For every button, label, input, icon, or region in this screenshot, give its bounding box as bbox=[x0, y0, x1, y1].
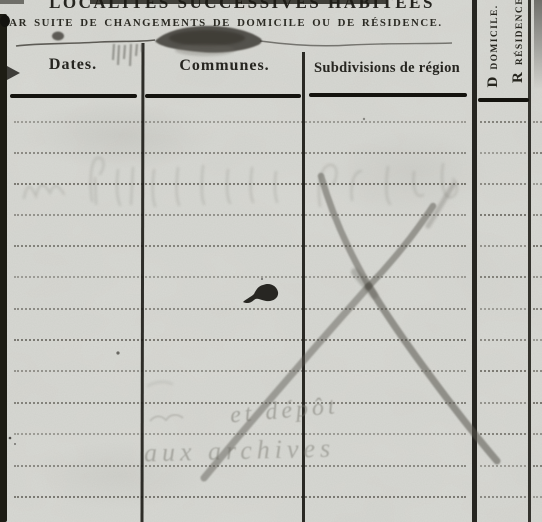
dotted-row-line bbox=[533, 465, 542, 467]
dotted-row-line bbox=[480, 152, 526, 154]
column-divider-subdivisions-legend bbox=[472, 0, 477, 522]
dotted-row-line bbox=[533, 433, 542, 435]
dotted-row-line bbox=[533, 245, 542, 247]
dotted-row-line bbox=[533, 402, 542, 404]
dotted-row-line bbox=[14, 245, 466, 247]
dotted-row-line bbox=[14, 121, 466, 123]
header-rule-subdivisions bbox=[309, 93, 467, 97]
scan-top-edge bbox=[90, 0, 386, 4]
dotted-row-line bbox=[14, 308, 466, 310]
dotted-row-line bbox=[533, 214, 542, 216]
dotted-row-line bbox=[480, 308, 526, 310]
paper-stain bbox=[330, 130, 490, 220]
dotted-row-line bbox=[480, 433, 526, 435]
column-header-subdivisions: Subdivisions de région bbox=[303, 60, 471, 77]
handwritten-note-line1: et dépôt bbox=[229, 393, 340, 429]
dotted-row-line bbox=[14, 276, 466, 278]
dotted-row-line bbox=[14, 183, 466, 185]
dotted-row-line bbox=[480, 183, 526, 185]
dotted-row-line bbox=[533, 370, 542, 372]
legend-domicile-label: DOMICILE. bbox=[490, 5, 500, 70]
dotted-row-line bbox=[533, 121, 542, 123]
table-right-border bbox=[528, 0, 531, 522]
legend-residence: RRÉSIDENCE bbox=[509, 0, 527, 83]
paper-stain bbox=[20, 100, 220, 170]
dotted-row-line bbox=[480, 214, 526, 216]
dotted-row-line bbox=[480, 370, 526, 372]
dotted-row-line bbox=[480, 121, 526, 123]
legend-residence-label: RÉSIDENCE bbox=[515, 0, 525, 65]
dotted-row-line bbox=[14, 339, 466, 341]
legend-domicile: DDOMICILE. bbox=[484, 5, 502, 88]
table-left-border bbox=[0, 14, 7, 522]
dotted-row-line bbox=[480, 276, 526, 278]
page-subtitle: PAR SUITE DE CHANGEMENTS DE DOMICILE OU … bbox=[2, 17, 442, 29]
legend-residence-abbr: R bbox=[510, 72, 526, 83]
column-header-dates: Dates. bbox=[18, 56, 128, 74]
dotted-row-line bbox=[533, 276, 542, 278]
ink-blot bbox=[243, 278, 278, 303]
dotted-row-line bbox=[480, 402, 526, 404]
dotted-row-line bbox=[14, 152, 466, 154]
dotted-row-line bbox=[533, 308, 542, 310]
border-defects bbox=[0, 15, 365, 445]
dotted-row-line bbox=[533, 183, 542, 185]
header-rule-communes bbox=[145, 94, 301, 98]
dotted-row-line bbox=[480, 465, 526, 467]
scan-right-edge-shadow bbox=[534, 0, 542, 90]
legend-domicile-abbr: D bbox=[485, 77, 501, 88]
handwritten-note-line2: aux archives bbox=[144, 434, 336, 469]
dotted-row-line bbox=[14, 214, 466, 216]
scan-corner-mark bbox=[0, 0, 24, 4]
pencil-squiggle bbox=[150, 415, 183, 421]
dotted-row-line bbox=[533, 339, 542, 341]
dotted-row-line bbox=[14, 496, 466, 498]
dotted-row-line bbox=[533, 152, 542, 154]
dotted-row-line bbox=[480, 496, 526, 498]
column-header-communes: Communes. bbox=[152, 57, 297, 75]
dotted-row-line bbox=[480, 245, 526, 247]
header-rule-legend bbox=[478, 98, 529, 102]
header-rule-dates bbox=[10, 94, 137, 98]
dotted-row-line bbox=[14, 433, 466, 435]
scanned-record-page: LOCALITÉS SUCCESSIVES HABITÉES PAR SUITE… bbox=[0, 0, 542, 522]
dotted-row-line bbox=[14, 370, 466, 372]
dotted-row-line bbox=[480, 339, 526, 341]
dotted-row-line bbox=[533, 496, 542, 498]
